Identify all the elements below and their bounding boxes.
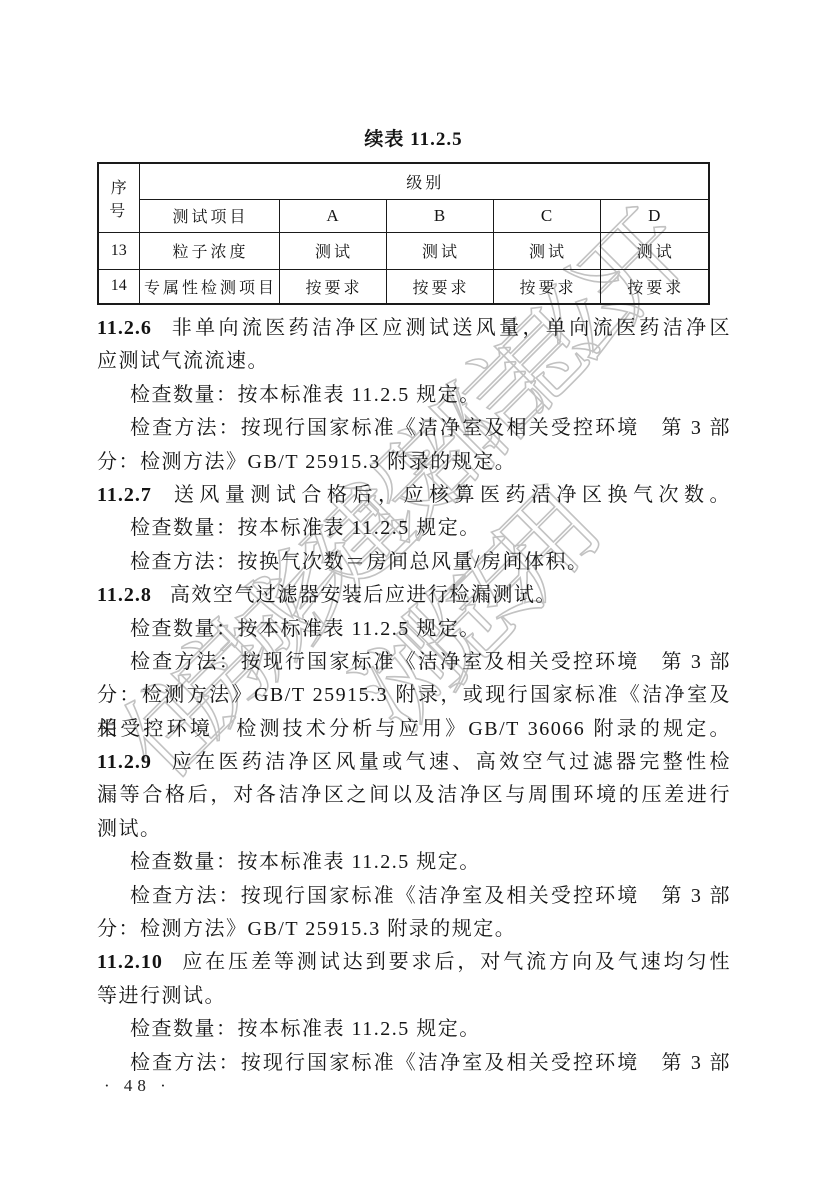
paragraph-line: 检查方法：按现行国家标准《洁净室及相关受控环境 第 3 部 — [97, 880, 731, 913]
cell-value: 按要求 — [600, 269, 709, 304]
line-text: 应测试气流流速。 — [97, 350, 269, 372]
document-page: 住房城乡建设部信息公开 浏览专用 续表 11.2.5 序号 级别 测试项目 A … — [0, 0, 827, 1200]
line-text: 检查方法：按换气次数＝房间总风量/房间体积。 — [130, 551, 589, 573]
page-number: · 48 · — [104, 1076, 171, 1096]
paragraph-line: 分：检测方法》GB/T 25915.3 附录的规定。 — [97, 446, 731, 479]
section-number: 11.2.9 — [97, 751, 152, 773]
paragraph-line: 检查方法：按换气次数＝房间总风量/房间体积。 — [97, 546, 731, 579]
paragraph-line: 等进行测试。 — [97, 980, 731, 1013]
line-text: 检查数量：按本标准表 11.2.5 规定。 — [130, 851, 481, 873]
header-test-item: 测试项目 — [139, 199, 279, 232]
section-number: 11.2.10 — [97, 951, 163, 973]
table-row: 13 粒子浓度 测试 测试 测试 测试 — [98, 232, 709, 269]
paragraph-line: 检查方法：按现行国家标准《洁净室及相关受控环境 第 3 部 — [97, 412, 731, 445]
cell-serial: 13 — [98, 232, 139, 269]
section-number: 11.2.6 — [97, 317, 152, 339]
cell-value: 按要求 — [386, 269, 493, 304]
cell-value: 测试 — [386, 232, 493, 269]
line-text: 漏等合格后，对各洁净区之间以及洁净区与周围环境的压差进行 — [97, 784, 731, 806]
paragraph-line: 11.2.6非单向流医药洁净区应测试送风量，单向流医药洁净区 — [97, 312, 731, 345]
paragraph-line: 检查数量：按本标准表 11.2.5 规定。 — [97, 512, 731, 545]
body-text: 11.2.6非单向流医药洁净区应测试送风量，单向流医药洁净区 应测试气流流速。 … — [97, 312, 731, 1080]
data-table: 序号 级别 测试项目 A B C D 13 粒子浓度 测试 测试 测试 测试 1… — [97, 162, 710, 305]
line-text: 检查方法：按现行国家标准《洁净室及相关受控环境 第 3 部 — [130, 885, 731, 907]
section-number: 11.2.8 — [97, 584, 152, 606]
paragraph-line: 11.2.7送风量测试合格后，应核算医药洁净区换气次数。 — [97, 479, 731, 512]
line-text: 分：检测方法》GB/T 25915.3 附录的规定。 — [97, 451, 516, 473]
paragraph-line: 检查方法：按现行国家标准《洁净室及相关受控环境 第 3 部 — [97, 1047, 731, 1080]
table-row: 14 专属性检测项目 按要求 按要求 按要求 按要求 — [98, 269, 709, 304]
paragraph-line: 检查数量：按本标准表 11.2.5 规定。 — [97, 1013, 731, 1046]
line-text: 测试。 — [97, 818, 162, 840]
line-text: 检查方法：按现行国家标准《洁净室及相关受控环境 第 3 部 — [130, 417, 731, 439]
cell-test-item: 粒子浓度 — [139, 232, 279, 269]
cell-value: 按要求 — [279, 269, 386, 304]
line-text: 检查方法：按现行国家标准《洁净室及相关受控环境 第 3 部 — [130, 1052, 731, 1074]
line-text: 高效空气过滤器安装后应进行检漏测试。 — [170, 584, 557, 606]
line-text: 检查数量：按本标准表 11.2.5 规定。 — [130, 618, 481, 640]
header-grade-a: A — [279, 199, 386, 232]
paragraph-line: 分：检测方法》GB/T 25915.3 附录的规定。 — [97, 913, 731, 946]
section-number: 11.2.7 — [97, 484, 152, 506]
header-grade-c: C — [493, 199, 600, 232]
line-text: 送风量测试合格后，应核算医药洁净区换气次数。 — [170, 484, 731, 506]
header-grade-b: B — [386, 199, 493, 232]
cell-test-item: 专属性检测项目 — [139, 269, 279, 304]
cell-serial: 14 — [98, 269, 139, 304]
header-grade-d: D — [600, 199, 709, 232]
table-title: 续表 11.2.5 — [0, 124, 827, 151]
line-text: 应在压差等测试达到要求后，对气流方向及气速均匀性 — [181, 951, 731, 973]
paragraph-line: 检查数量：按本标准表 11.2.5 规定。 — [97, 613, 731, 646]
line-text: 应在医药洁净区风量或气速、高效空气过滤器完整性检 — [170, 751, 731, 773]
line-text: 分：检测方法》GB/T 25915.3 附录的规定。 — [97, 918, 516, 940]
line-text: 非单向流医药洁净区应测试送风量，单向流医药洁净区 — [170, 317, 731, 339]
cell-value: 测试 — [600, 232, 709, 269]
paragraph-line: 检查数量：按本标准表 11.2.5 规定。 — [97, 846, 731, 879]
paragraph-line: 11.2.8高效空气过滤器安装后应进行检漏测试。 — [97, 579, 731, 612]
header-serial: 序号 — [98, 163, 139, 232]
cell-value: 测试 — [493, 232, 600, 269]
paragraph-line: 测试。 — [97, 813, 731, 846]
line-text: 检查数量：按本标准表 11.2.5 规定。 — [130, 1018, 481, 1040]
line-text: 检查数量：按本标准表 11.2.5 规定。 — [130, 517, 481, 539]
paragraph-line: 关受控环境 检测技术分析与应用》GB/T 36066 附录的规定。 — [97, 713, 731, 746]
paragraph-line: 检查方法：按现行国家标准《洁净室及相关受控环境 第 3 部 — [97, 646, 731, 679]
cell-value: 测试 — [279, 232, 386, 269]
header-group-level: 级别 — [139, 163, 709, 199]
paragraph-line: 检查数量：按本标准表 11.2.5 规定。 — [97, 379, 731, 412]
line-text: 等进行测试。 — [97, 985, 226, 1007]
line-text: 关受控环境 检测技术分析与应用》GB/T 36066 附录的规定。 — [97, 718, 731, 740]
line-text: 检查方法：按现行国家标准《洁净室及相关受控环境 第 3 部 — [130, 651, 731, 673]
paragraph-line: 应测试气流流速。 — [97, 345, 731, 378]
paragraph-line: 11.2.9应在医药洁净区风量或气速、高效空气过滤器完整性检 — [97, 746, 731, 779]
line-text: 检查数量：按本标准表 11.2.5 规定。 — [130, 384, 481, 406]
paragraph-line: 分：检测方法》GB/T 25915.3 附录，或现行国家标准《洁净室及相 — [97, 679, 731, 712]
paragraph-line: 漏等合格后，对各洁净区之间以及洁净区与周围环境的压差进行 — [97, 779, 731, 812]
cell-value: 按要求 — [493, 269, 600, 304]
paragraph-line: 11.2.10应在压差等测试达到要求后，对气流方向及气速均匀性 — [97, 946, 731, 979]
